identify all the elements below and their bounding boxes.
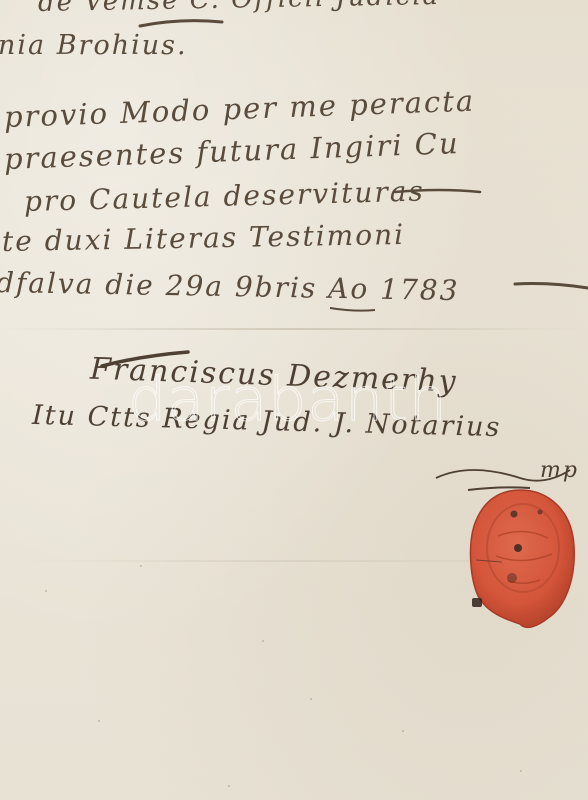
watermark: darabanth (128, 365, 448, 435)
paper-speck (262, 640, 264, 642)
paper-speck (140, 565, 142, 567)
paper-speck (228, 785, 230, 787)
paper-speck (98, 720, 100, 722)
signature-flourish (0, 0, 588, 520)
paper-speck (45, 590, 47, 592)
paper-speck (402, 730, 404, 732)
wax-seal (468, 486, 578, 631)
paper-speck (520, 770, 522, 772)
paper-speck (310, 698, 312, 700)
